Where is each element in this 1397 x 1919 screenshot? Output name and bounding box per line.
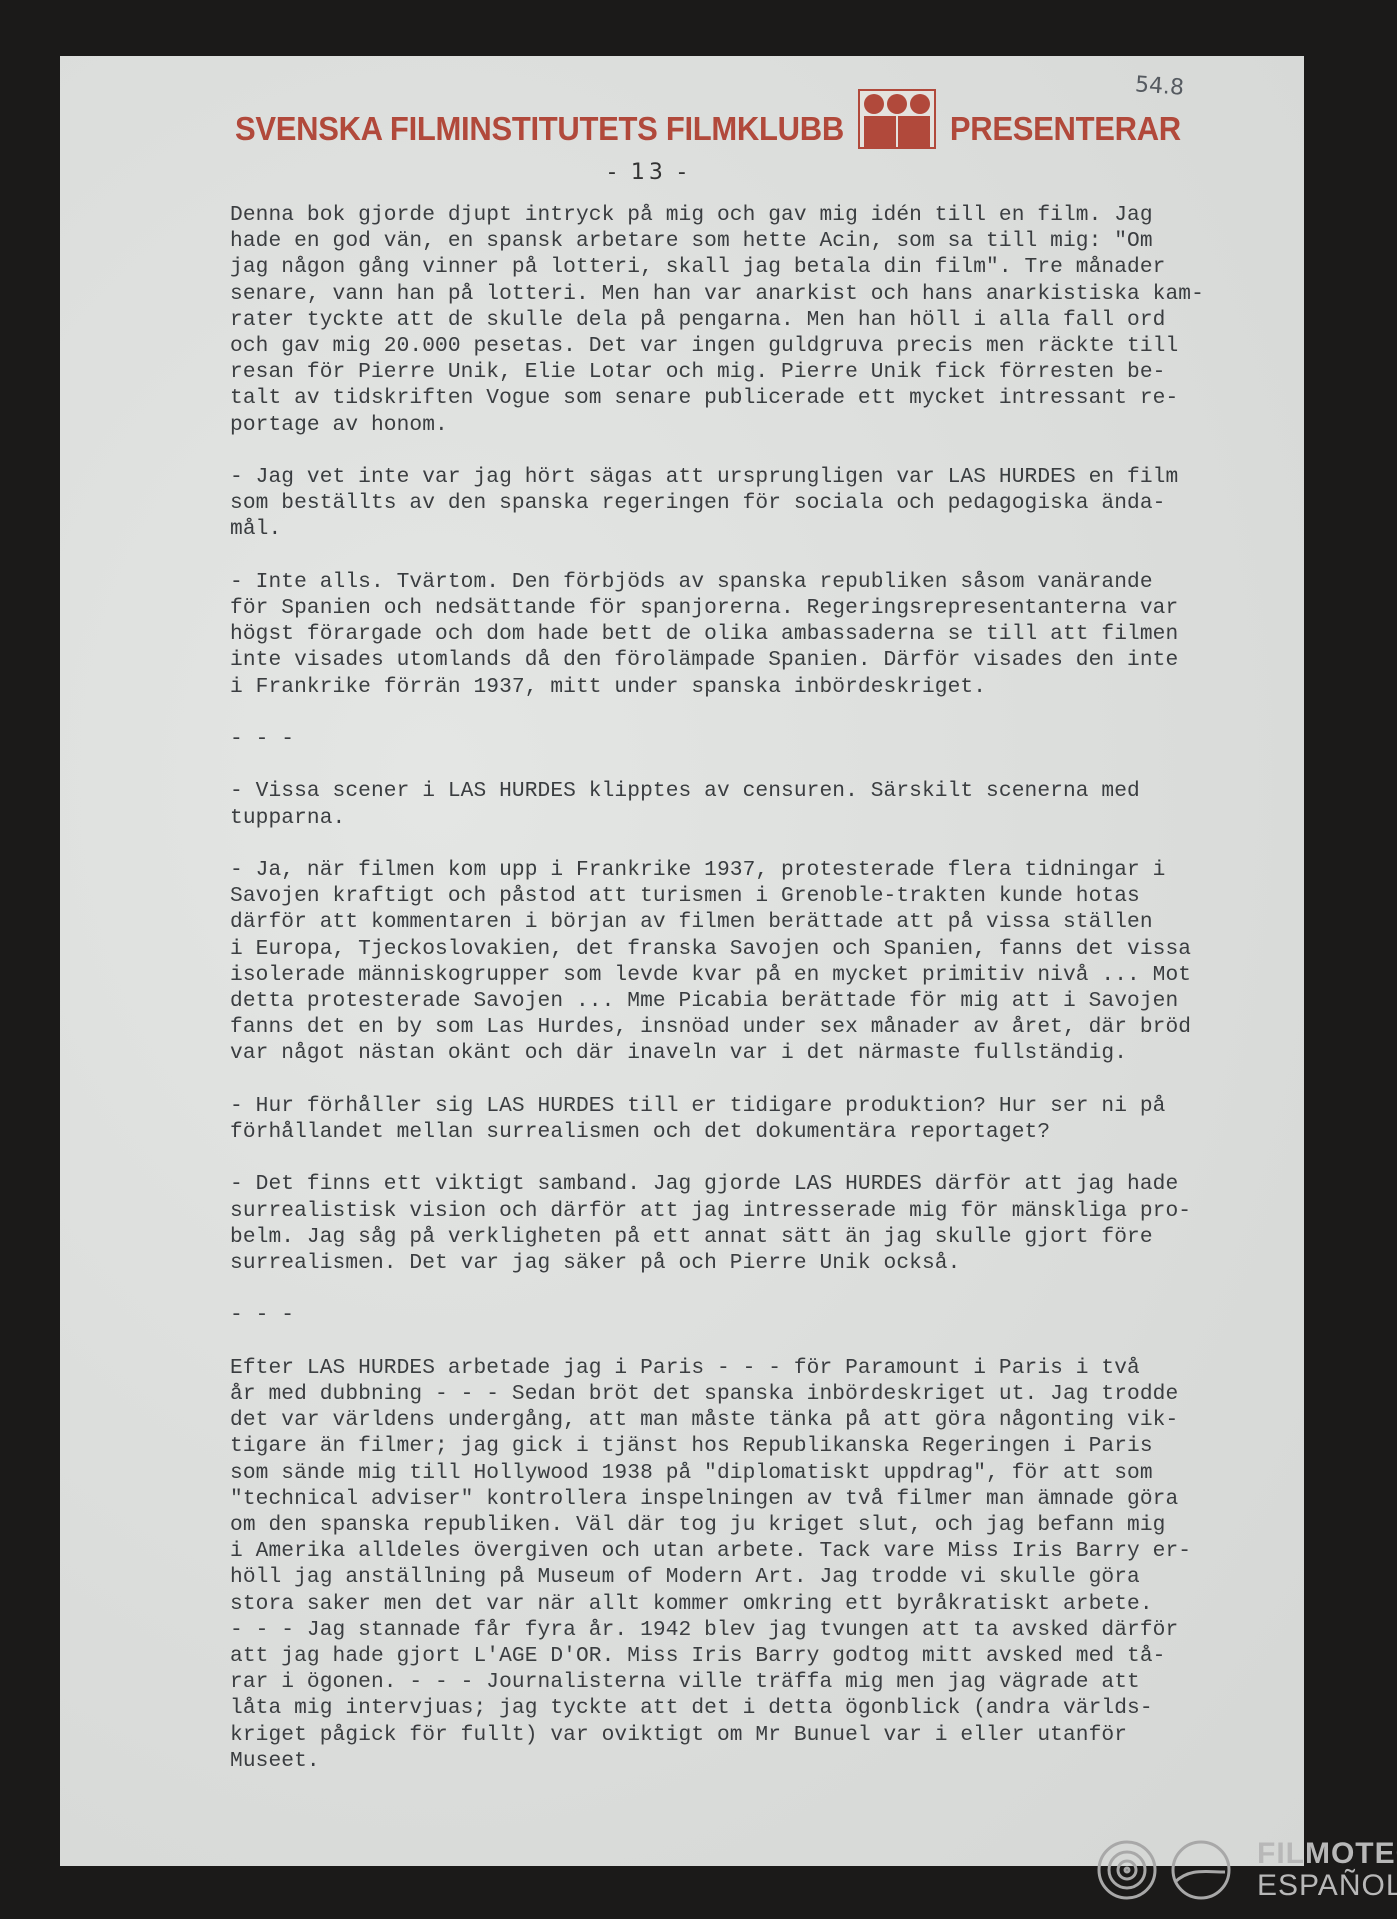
handwritten-archive-number: 54.8 — [1134, 72, 1185, 100]
text-line: jag någon gång vinner på lotteri, skall … — [230, 254, 1250, 280]
text-line: - Ja, när filmen kom upp i Frankrike 193… — [230, 857, 1250, 883]
text-line: Efter LAS HURDES arbetade jag i Paris - … — [230, 1355, 1250, 1381]
text-line: var något nästan okänt och där inaveln v… — [230, 1040, 1250, 1066]
text-line: tupparna. — [230, 805, 1250, 831]
text-line: isolerade människogrupper som levde kvar… — [230, 962, 1250, 988]
text-line: som beställts av den spanska regeringen … — [230, 490, 1250, 516]
text-line: - - - — [230, 1302, 1250, 1328]
text-line: Museet. — [230, 1748, 1250, 1774]
text-line: detta protesterade Savojen ... Mme Picab… — [230, 988, 1250, 1014]
watermark-line1: FILMOTECA — [1257, 1839, 1397, 1869]
text-line: - Hur förhåller sig LAS HURDES till er t… — [230, 1093, 1250, 1119]
paragraph: - Inte alls. Tvärtom. Den förbjöds av sp… — [230, 569, 1250, 700]
text-line: rater tyckte att de skulle dela på penga… — [230, 307, 1250, 333]
text-line: - Vissa scener i LAS HURDES klipptes av … — [230, 778, 1250, 804]
text-line: i Frankrike förrän 1937, mitt under span… — [230, 674, 1250, 700]
text-line: Denna bok gjorde djupt intryck på mig oc… — [230, 202, 1250, 228]
text-line: år med dubbning - - - Sedan bröt det spa… — [230, 1381, 1250, 1407]
text-line: att jag hade gjort L'AGE D'OR. Miss Iris… — [230, 1643, 1250, 1669]
section-separator: - - - — [230, 1302, 1250, 1328]
text-line: höll jag anställning på Museum of Modern… — [230, 1564, 1250, 1590]
text-line: Savojen kraftigt och påstod att turismen… — [230, 883, 1250, 909]
text-line: surrealistisk vision och därför att jag … — [230, 1198, 1250, 1224]
text-line: surrealismen. Det var jag säker på och P… — [230, 1250, 1250, 1276]
typewritten-body: Denna bok gjorde djupt intryck på mig oc… — [230, 202, 1250, 1800]
paragraph: - Vissa scener i LAS HURDES klipptes av … — [230, 778, 1250, 830]
text-line: för Spanien och nedsättande för spanjore… — [230, 595, 1250, 621]
text-line: därför att kommentaren i början av filme… — [230, 909, 1250, 935]
text-line: - Inte alls. Tvärtom. Den förbjöds av sp… — [230, 569, 1250, 595]
text-line: portage av honom. — [230, 412, 1250, 438]
watermark-line2: ESPAÑOLA — [1257, 1871, 1397, 1901]
text-line: inte visades utomlands då den förolämpad… — [230, 647, 1250, 673]
text-line: och gav mig 20.000 pesetas. Det var inge… — [230, 333, 1250, 359]
text-line: "technical adviser" kontrollera inspelni… — [230, 1486, 1250, 1512]
text-line: i Europa, Tjeckoslovakien, det franska S… — [230, 936, 1250, 962]
paragraph: - Det finns ett viktigt samband. Jag gjo… — [230, 1171, 1250, 1276]
page-number: - 13 - — [608, 160, 690, 185]
text-line: hade en god vän, en spansk arbetare som … — [230, 228, 1250, 254]
filmoteca-watermark: FILMOTECA ESPAÑOLA — [1095, 1838, 1397, 1902]
paragraph: - Jag vet inte var jag hört sägas att ur… — [230, 464, 1250, 543]
section-separator: - - - — [230, 726, 1250, 752]
text-line: stora saker men det var när allt kommer … — [230, 1591, 1250, 1617]
text-line: om den spanska republiken. Väl där tog j… — [230, 1512, 1250, 1538]
letterhead-org-name: SVENSKA FILMINSTITUTETS FILMKLUBB — [235, 110, 844, 149]
text-line: fanns det en by som Las Hurdes, insnöad … — [230, 1014, 1250, 1040]
text-line: - - - — [230, 726, 1250, 752]
text-line: mål. — [230, 516, 1250, 542]
text-line: låta mig intervjuas; jag tyckte att det … — [230, 1695, 1250, 1721]
text-line: belm. Jag såg på verkligheten på ett ann… — [230, 1224, 1250, 1250]
text-line: tigare än filmer; jag gick i tjänst hos … — [230, 1433, 1250, 1459]
text-line: kriget pågick för fullt) var oviktigt om… — [230, 1722, 1250, 1748]
text-line: rar i ögonen. - - - Journalisterna ville… — [230, 1669, 1250, 1695]
letterhead-presents: PRESENTERAR — [950, 110, 1181, 149]
text-line: det var världens undergång, att man måst… — [230, 1407, 1250, 1433]
text-line: - Jag vet inte var jag hört sägas att ur… — [230, 464, 1250, 490]
paragraph: - Hur förhåller sig LAS HURDES till er t… — [230, 1093, 1250, 1145]
paragraph: Denna bok gjorde djupt intryck på mig oc… — [230, 202, 1250, 438]
text-line: som sände mig till Hollywood 1938 på "di… — [230, 1460, 1250, 1486]
text-line: förhållandet mellan surrealismen och det… — [230, 1119, 1250, 1145]
document-page: SVENSKA FILMINSTITUTETS FILMKLUBB PRESEN… — [60, 56, 1304, 1866]
text-line: - - - Jag stannade får fyra år. 1942 ble… — [230, 1617, 1250, 1643]
text-line: i Amerika alldeles övergiven och utan ar… — [230, 1538, 1250, 1564]
paragraph: Efter LAS HURDES arbetade jag i Paris - … — [230, 1355, 1250, 1774]
text-line: högst förargade och dom hade bett de oli… — [230, 621, 1250, 647]
text-line: - Det finns ett viktigt samband. Jag gjo… — [230, 1171, 1250, 1197]
film-club-logo-icon — [858, 89, 936, 149]
text-line: resan för Pierre Unik, Elie Lotar och mi… — [230, 359, 1250, 385]
text-line: senare, vann han på lotteri. Men han var… — [230, 281, 1250, 307]
spiral-logo-icon — [1095, 1838, 1245, 1902]
paragraph: - Ja, när filmen kom upp i Frankrike 193… — [230, 857, 1250, 1067]
text-line: talt av tidskriften Vogue som senare pub… — [230, 385, 1250, 411]
